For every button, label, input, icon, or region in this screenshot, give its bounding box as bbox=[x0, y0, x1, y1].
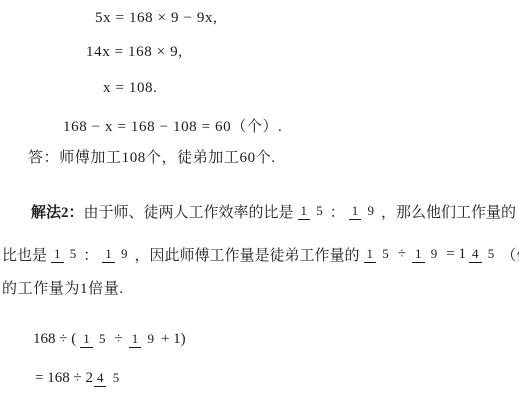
fraction-denominator: 9 bbox=[428, 245, 441, 261]
work-expression-1: 168 ÷ ( 1 5 ÷ 1 9 + 1) bbox=[33, 321, 186, 357]
fraction-numerator: 1 bbox=[80, 331, 93, 348]
solution2-text: 比也是 bbox=[2, 244, 47, 265]
expression-text: 168 ÷ ( bbox=[33, 331, 76, 348]
division-operator: ÷ bbox=[114, 331, 122, 348]
division-operator: ÷ bbox=[398, 246, 406, 263]
expression-text: + 1) bbox=[161, 331, 186, 348]
fraction: 4 5 bbox=[469, 247, 497, 261]
fraction-numerator: 4 bbox=[469, 246, 482, 263]
fraction-numerator: 1 bbox=[412, 246, 425, 263]
math-solution-document: 5x = 168 × 9 − 9x, 14x = 168 × 9, x = 10… bbox=[0, 0, 519, 399]
fraction-denominator: 5 bbox=[96, 330, 109, 346]
fraction: 4 5 bbox=[94, 371, 122, 385]
solution2-text: ，因此师傅工作量是徒弟工作量的 bbox=[135, 244, 360, 265]
solution2-paragraph-row-2: 比也是 1 5 ： 1 9 ，因此师傅工作量是徒弟工作量的 1 5 ÷ 1 9 … bbox=[2, 236, 519, 272]
fraction: 1 5 bbox=[298, 204, 326, 218]
fraction-denominator: 5 bbox=[67, 245, 80, 261]
fraction: 1 9 bbox=[129, 332, 157, 346]
fraction-denominator: 5 bbox=[379, 245, 392, 261]
fraction-numerator: 1 bbox=[102, 246, 115, 263]
ratio-colon: ： bbox=[83, 244, 98, 265]
fraction: 1 9 bbox=[102, 247, 130, 261]
fraction-denominator: 5 bbox=[110, 369, 123, 385]
fraction-numerator: 1 bbox=[349, 203, 362, 220]
fraction-denominator: 9 bbox=[118, 245, 131, 261]
fraction-denominator: 9 bbox=[365, 202, 378, 218]
fraction-numerator: 1 bbox=[51, 246, 64, 263]
fraction-numerator: 1 bbox=[364, 246, 377, 263]
fraction-denominator: 9 bbox=[144, 330, 157, 346]
solution2-text: ，那么他们工作量的 bbox=[381, 201, 516, 222]
fraction-numerator: 1 bbox=[129, 331, 142, 348]
expression-text: = 168 ÷ 2 bbox=[35, 370, 93, 387]
fraction: 1 9 bbox=[412, 247, 440, 261]
fraction-numerator: 4 bbox=[94, 370, 107, 387]
fraction: 1 5 bbox=[364, 247, 392, 261]
solution2-paragraph-row-3: 的工作量为1倍量. bbox=[2, 277, 124, 298]
solution2-text: （倍），徒弟 bbox=[501, 244, 519, 265]
solution2-label: 解法2： bbox=[31, 201, 84, 222]
equation-line-2: 14x = 168 × 9, bbox=[86, 44, 183, 61]
fraction: 1 5 bbox=[80, 332, 108, 346]
equation-line-4: 168 − x = 168 − 108 = 60（个）. bbox=[63, 115, 282, 136]
equation-line-1: 5x = 168 × 9 − 9x, bbox=[95, 10, 217, 27]
solution2-paragraph-row-1: 解法2： 由于师、徒两人工作效率的比是 1 5 ： 1 9 ，那么他们工作量的 bbox=[31, 190, 516, 232]
fraction: 1 9 bbox=[349, 204, 377, 218]
fraction-denominator: 5 bbox=[313, 202, 326, 218]
solution2-text: 由于师、徒两人工作效率的比是 bbox=[84, 201, 294, 222]
fraction-denominator: 5 bbox=[485, 245, 498, 261]
ratio-colon: ： bbox=[330, 201, 345, 222]
equals-whole-number: = 1 bbox=[446, 246, 466, 263]
fraction: 1 5 bbox=[51, 247, 79, 261]
fraction-numerator: 1 bbox=[298, 203, 311, 220]
work-expression-2: = 168 ÷ 2 4 5 bbox=[35, 360, 126, 396]
equation-line-3: x = 108. bbox=[103, 80, 158, 97]
answer-line: 答：师傅加工108个，徒弟加工60个. bbox=[28, 146, 276, 167]
